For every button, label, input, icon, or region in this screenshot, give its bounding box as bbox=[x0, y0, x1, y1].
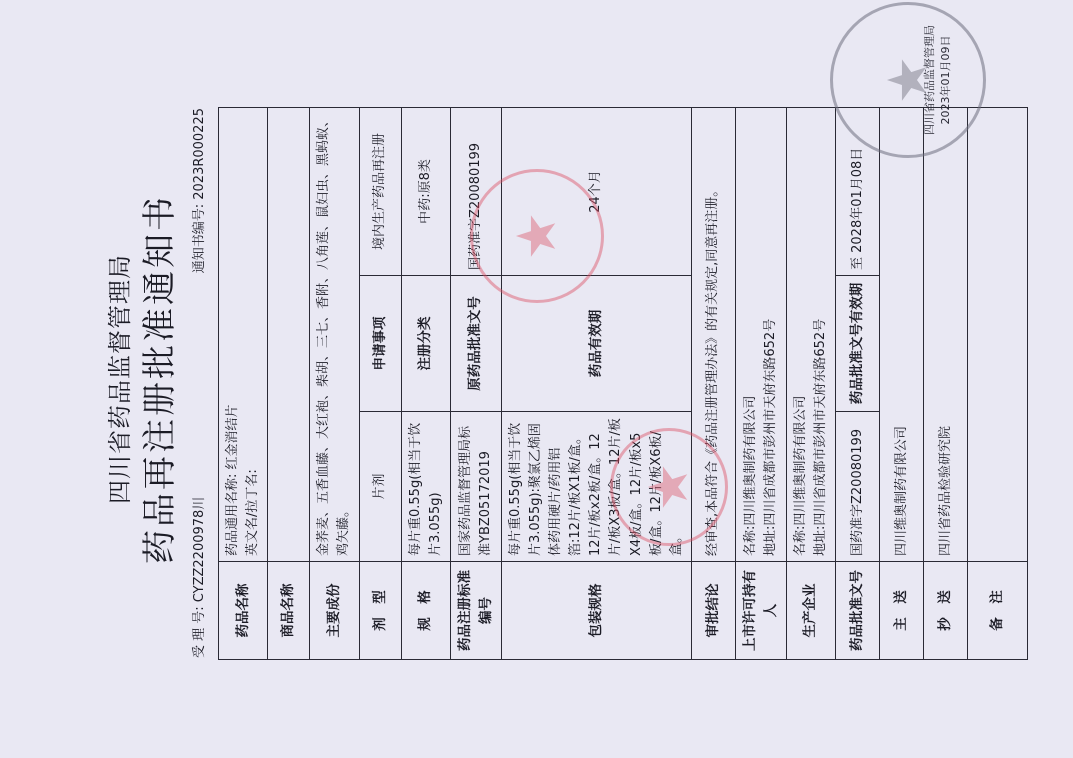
table-row: 规 格 每片重0.55g(相当于饮片3.055g) 注册分类 中药:原8类 bbox=[401, 107, 450, 659]
value-trade-name bbox=[268, 107, 310, 561]
value-mah: 名称:四川维奥制药有限公司 地址:四川省成都市彭州市天府东路652号 bbox=[735, 107, 786, 561]
table-row: 主 送 四川维奥制药有限公司 bbox=[880, 107, 924, 659]
table-row: 上市许可持有人 名称:四川维奥制药有限公司 地址:四川省成都市彭州市天府东路65… bbox=[735, 107, 786, 659]
notice-number-value: 2023R000225 bbox=[192, 108, 207, 200]
value-standard-number: 国家药品监督管理局标准YBZ05172019 bbox=[450, 412, 501, 562]
label-mah: 上市许可持有人 bbox=[735, 562, 786, 660]
value-application: 境内生产药品再注册 bbox=[359, 107, 401, 275]
manufacturer-address-label: 地址: bbox=[813, 526, 828, 556]
label-application: 申请事项 bbox=[359, 276, 401, 412]
generic-name-label: 药品通用名称: bbox=[225, 474, 240, 556]
label-packaging: 包装规格 bbox=[501, 562, 691, 660]
label-manufacturer: 生产企业 bbox=[786, 562, 835, 660]
acceptance-number-label: 受 理 号: bbox=[192, 606, 207, 658]
english-name-label: 英文名/拉丁名: bbox=[245, 469, 260, 556]
value-ingredients: 金荞麦、五香血藤、大红袍、柴胡、三七、香附、八角莲、鼠妇虫、黑蚂蚁、鸡矢藤。 bbox=[310, 107, 359, 561]
generic-name: 红金消结片 bbox=[225, 404, 240, 469]
table-row: 药品名称 药品通用名称: 红金消结片 英文名/拉丁名: bbox=[219, 107, 268, 659]
label-standard-number: 药品注册标准编号 bbox=[450, 562, 501, 660]
value-shelf-life: 24个月 bbox=[501, 107, 691, 275]
mah-address: 四川省成都市彭州市天府东路652号 bbox=[763, 319, 778, 526]
label-trade-name: 商品名称 bbox=[268, 562, 310, 660]
label-registration-class: 注册分类 bbox=[401, 276, 450, 412]
notice-document: 四川省药品监督管理局 药品再注册批准通知书 受 理 号: CYZZ2200978… bbox=[0, 0, 1073, 758]
value-approval-validity: 至 2028年01月08日 bbox=[836, 107, 880, 275]
label-approval-validity: 药品批准文号有效期 bbox=[836, 276, 880, 412]
value-specification: 每片重0.55g(相当于饮片3.055g) bbox=[401, 412, 450, 562]
table-row: 包装规格 每片重0.55g(相当于饮片3.055g):聚氯乙烯固体药用硬片/药用… bbox=[501, 107, 691, 659]
manufacturer-address: 四川省成都市彭州市天府东路652号 bbox=[813, 319, 828, 526]
notice-number: 通知书编号: 2023R000225 bbox=[188, 108, 207, 273]
table-row: 审批结论 经审查,本品符合《药品注册管理办法》的有关规定,同意再注册。 bbox=[691, 107, 735, 659]
manufacturer-name-label: 名称: bbox=[793, 526, 808, 556]
table-row: 药品注册标准编号 国家药品监督管理局标准YBZ05172019 原药品批准文号 … bbox=[450, 107, 501, 659]
label-ingredients: 主要成份 bbox=[310, 562, 359, 660]
label-dosage-form: 剂 型 bbox=[359, 562, 401, 660]
value-send-to: 四川维奥制药有限公司 bbox=[880, 107, 924, 561]
document-title: 药品再注册批准通知书 bbox=[132, 0, 181, 758]
label-cc: 抄 送 bbox=[924, 562, 968, 660]
label-conclusion: 审批结论 bbox=[691, 562, 735, 660]
star-icon: ★ bbox=[881, 56, 935, 104]
label-original-approval: 原药品批准文号 bbox=[450, 276, 501, 412]
value-conclusion: 经审查,本品符合《药品注册管理办法》的有关规定,同意再注册。 bbox=[691, 107, 735, 561]
table-row: 药品批准文号 国药准字Z20080199 药品批准文号有效期 至 2028年01… bbox=[836, 107, 880, 659]
label-remarks: 备 注 bbox=[968, 562, 1028, 660]
label-specification: 规 格 bbox=[401, 562, 450, 660]
table-row: 剂 型 片剂 申请事项 境内生产药品再注册 bbox=[359, 107, 401, 659]
label-send-to: 主 送 bbox=[880, 562, 924, 660]
manufacturer-name: 四川维奥制药有限公司 bbox=[793, 396, 808, 526]
table-row: 商品名称 bbox=[268, 107, 310, 659]
mah-address-label: 地址: bbox=[763, 526, 778, 556]
acceptance-number: 受 理 号: CYZZ2200978川 bbox=[188, 497, 207, 658]
table-row: 抄 送 四川省药品检验研究院 bbox=[924, 107, 968, 659]
label-approval-number: 药品批准文号 bbox=[836, 562, 880, 660]
value-remarks bbox=[968, 107, 1028, 561]
table-row: 主要成份 金荞麦、五香血藤、大红袍、柴胡、三七、香附、八角莲、鼠妇虫、黑蚂蚁、鸡… bbox=[310, 107, 359, 659]
label-shelf-life: 药品有效期 bbox=[501, 276, 691, 412]
acceptance-number-value: CYZZ2200978川 bbox=[192, 497, 207, 603]
value-packaging: 每片重0.55g(相当于饮片3.055g):聚氯乙烯固体药用硬片/药用铝箔:12… bbox=[501, 412, 691, 562]
issuing-agency: 四川省药品监督管理局 bbox=[100, 0, 135, 758]
value-registration-class: 中药:原8类 bbox=[401, 107, 450, 275]
value-manufacturer: 名称:四川维奥制药有限公司 地址:四川省成都市彭州市天府东路652号 bbox=[786, 107, 835, 561]
value-approval-number: 国药准字Z20080199 bbox=[836, 412, 880, 562]
label-drug-name: 药品名称 bbox=[219, 562, 268, 660]
notice-number-label: 通知书编号: bbox=[192, 204, 207, 273]
value-cc: 四川省药品检验研究院 bbox=[924, 107, 968, 561]
table-row: 备 注 bbox=[968, 107, 1028, 659]
mah-name-label: 名称: bbox=[743, 526, 758, 556]
value-original-approval: 国药准字Z20080199 bbox=[450, 107, 501, 275]
table-row: 生产企业 名称:四川维奥制药有限公司 地址:四川省成都市彭州市天府东路652号 bbox=[786, 107, 835, 659]
value-drug-name: 药品通用名称: 红金消结片 英文名/拉丁名: bbox=[219, 107, 268, 561]
mah-name: 四川维奥制药有限公司 bbox=[743, 396, 758, 526]
value-dosage-form: 片剂 bbox=[359, 412, 401, 562]
approval-table: 药品名称 药品通用名称: 红金消结片 英文名/拉丁名: 商品名称 主要成份 金荞… bbox=[218, 107, 1028, 660]
